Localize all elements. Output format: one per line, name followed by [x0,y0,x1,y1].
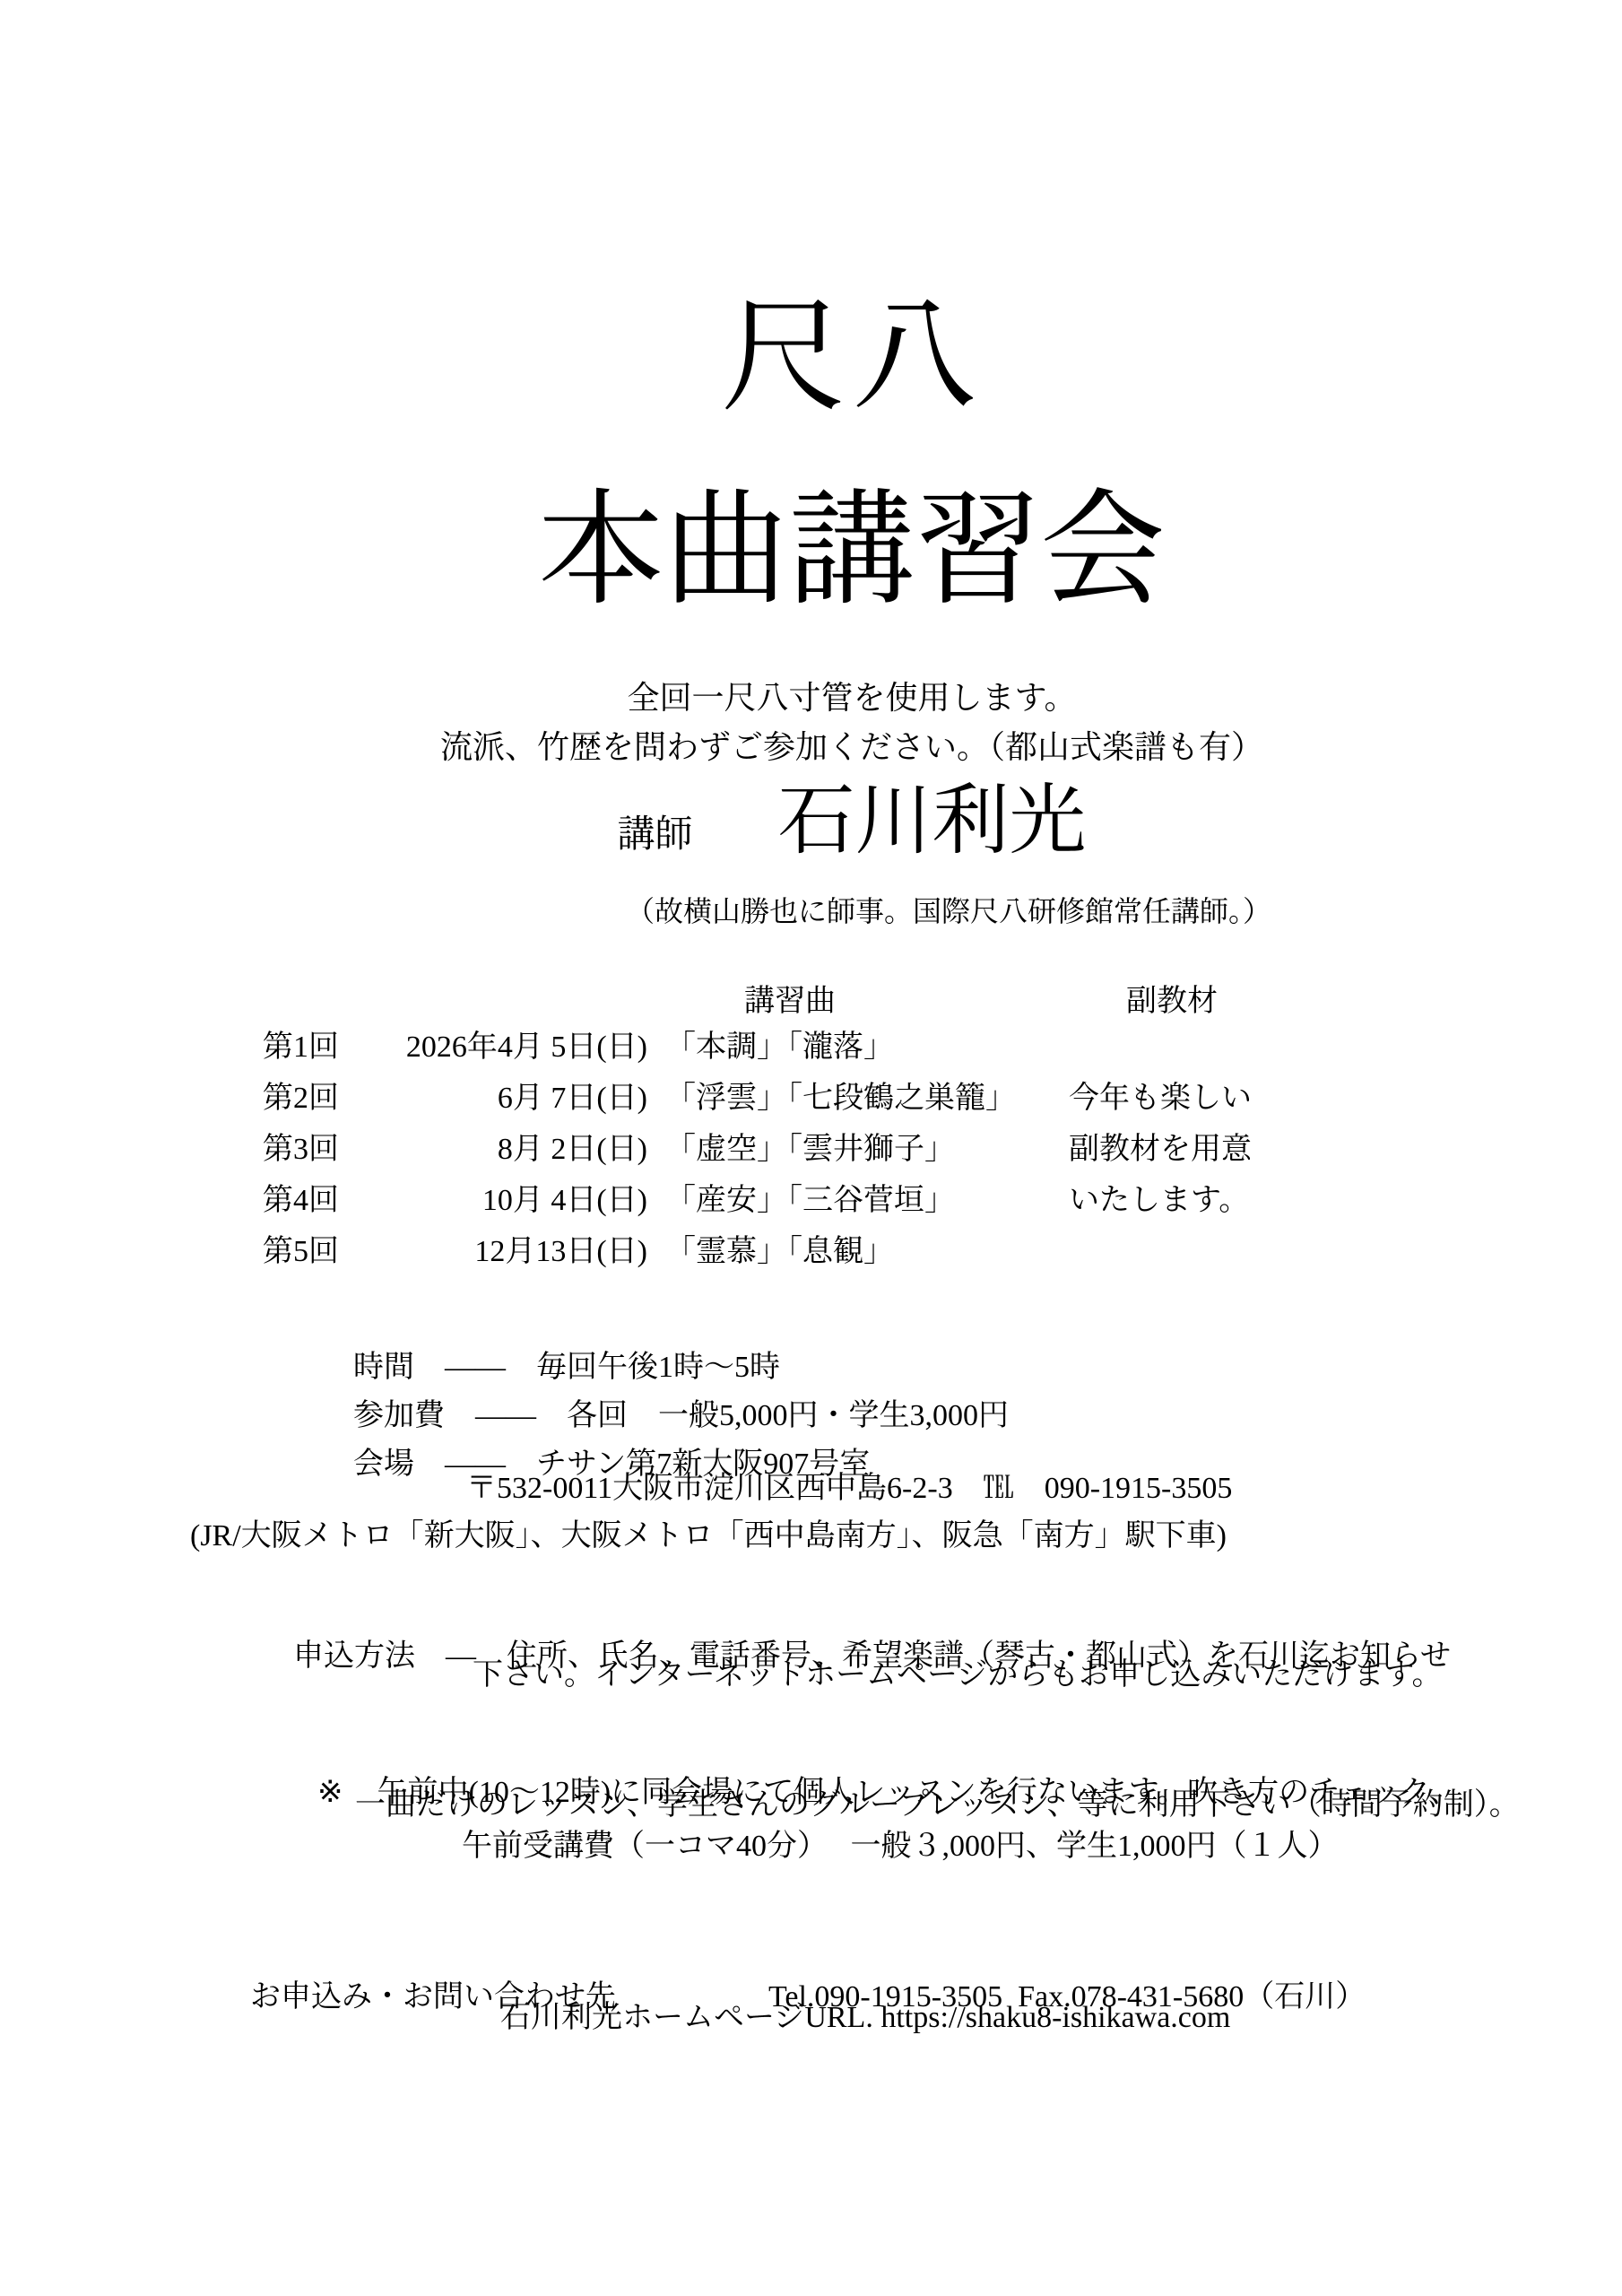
lecturer-label: 講師 [617,816,692,854]
row-date: 10月 4日(日) [341,1186,647,1216]
row-songs: 「虚空」「雲井獅子」 [665,1135,955,1165]
row-number: 第3回 [263,1135,339,1165]
flyer-page: 尺八 本曲講習会 全回一尺八寸管を使用します。 流派、竹歴を問わずご参加ください… [0,0,1622,2296]
lecturer-name: 石川利光 [778,782,1087,859]
main-title: 尺八 [90,296,1614,422]
row-date: 8月 2日(日) [341,1135,647,1165]
schedule-row-4: 第4回 10月 4日(日) 「産安」「三谷菅垣」 いたします。 [0,1186,1622,1222]
venue-address: 〒532-0011大阪市淀川区西中島6-2-3 ℡ 090-1915-3505 [466,1474,1232,1504]
application-label: 申込方法 [293,1639,415,1673]
lecturer-row: 講師 石川利光 [90,782,1614,859]
application-line-2: 下さい。インターネットホームページからもお申し込みいただけます。 [473,1660,1443,1691]
schedule-row-1: 第1回 2026年4月 5日(日) 「本調」「瀧落」 [0,1032,1622,1068]
schedule-row-5: 第5回 12月13日(日) 「霊慕」「息観」 [0,1237,1622,1273]
schedule-row-2: 第2回 6月 7日(日) 「浮雲」「七段鶴之巣籠」 今年も楽しい [0,1083,1622,1119]
intro-line-1: 全回一尺八寸管を使用します。 [90,682,1614,714]
row-number: 第2回 [263,1083,339,1114]
reference-mark: ※ [317,1776,343,1809]
row-number: 第4回 [263,1186,339,1216]
homepage-line: 石川利光ホームページURL. https://shaku8-ishikawa.c… [500,2003,1230,2033]
row-note: 今年も楽しい [1069,1083,1252,1114]
info-label: 会場 [353,1448,414,1481]
schedule-header-songs: 講習曲 [744,987,836,1017]
schedule-header-materials: 副教材 [1126,987,1218,1017]
venue-access: (JR/大阪メトロ「新大阪」、大阪メトロ「西中島南方」、阪急「南方」駅下車) [190,1521,1227,1552]
morning-note-line-3: 午前受講費（一コマ40分） 一般３,000円、学生1,000円（１人） [462,1831,1339,1862]
schedule-row-3: 第3回 8月 2日(日) 「虚空」「雲井獅子」 副教材を用意 [0,1135,1622,1170]
row-note: いたします。 [1069,1186,1249,1216]
row-date: 12月13日(日) [341,1237,647,1267]
lecturer-credential: （故横山勝也に師事。国際尺八研修館常任講師。） [626,897,1271,926]
row-note: 副教材を用意 [1069,1135,1252,1165]
row-number: 第5回 [263,1237,339,1267]
row-date: 2026年4月 5日(日) [341,1032,647,1063]
morning-note-line-2: 一曲だけのレッスン、学生さんのグループレッスン、等に利用下さい（時間予約制）。 [355,1790,1520,1821]
intro-line-2: 流派、竹歴を問わずご参加ください。（都山式楽譜も有） [90,731,1614,763]
row-songs: 「本調」「瀧落」 [665,1032,894,1063]
sub-title: 本曲講習会 [90,489,1614,614]
row-date: 6月 7日(日) [341,1083,647,1114]
row-number: 第1回 [263,1032,339,1063]
row-songs: 「浮雲」「七段鶴之巣籠」 [665,1083,1016,1114]
single-dash: ― [446,1639,476,1673]
row-songs: 「霊慕」「息観」 [665,1237,894,1267]
row-songs: 「産安」「三谷菅垣」 [665,1186,955,1216]
